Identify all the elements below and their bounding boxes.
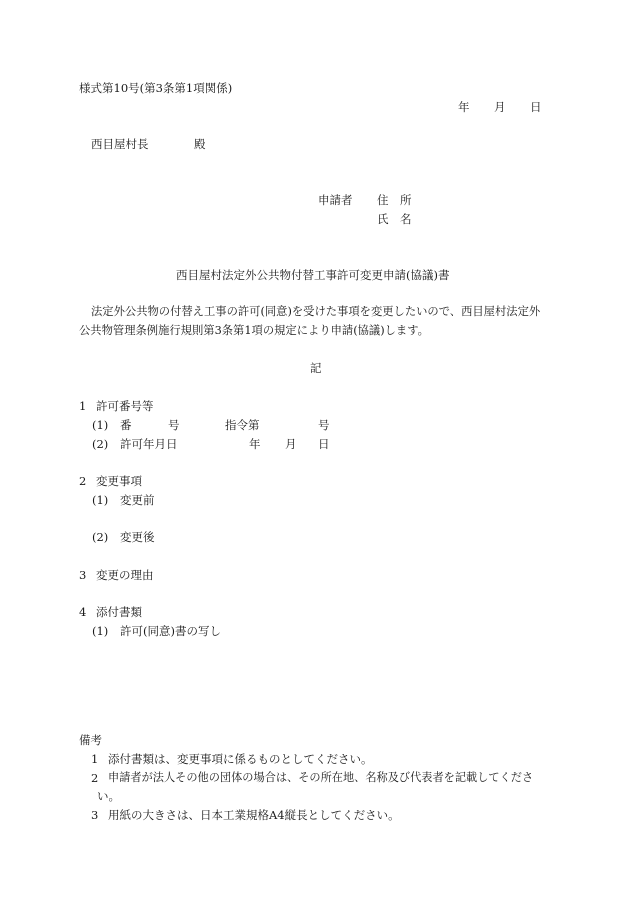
section-4-item-1-label: 許可(同意)書の写し <box>120 624 221 638</box>
section-1-item-2-year: 年 <box>249 437 261 451</box>
section-1-item-2-month: 月 <box>285 437 297 451</box>
note-1-text: 添付書類は、変更事項に係るものとしてください。 <box>108 752 373 766</box>
section-2-item-2-number: (2) <box>92 530 108 544</box>
note-1-number: 1 <box>91 752 98 766</box>
section-2-number: 2 <box>79 474 86 488</box>
section-1-item-2-number: (2) <box>92 437 108 451</box>
document-title: 西目屋村法定外公共物付替工事許可変更申請(協議)書 <box>176 268 449 282</box>
section-1-item-1-label: 番 <box>120 418 132 432</box>
note-3-number: 3 <box>91 808 98 822</box>
notes-heading: 備考 <box>79 733 102 747</box>
section-1-number: 1 <box>79 399 86 413</box>
section-1-item-1-label2: 号 <box>168 418 180 432</box>
section-3-heading: 変更の理由 <box>96 568 154 582</box>
section-2-item-1-label: 変更前 <box>120 493 155 507</box>
note-2-number: 2 <box>91 771 98 785</box>
section-2-heading: 変更事項 <box>96 474 142 488</box>
section-1-item-1-suffix: 号 <box>318 418 330 432</box>
applicant-address-label: 住 所 <box>377 193 412 207</box>
section-1-item-1-mid: 指令第 <box>225 418 260 432</box>
ki-heading: 記 <box>310 361 322 375</box>
date-year-label: 年 <box>458 100 470 114</box>
body-text-line-1: 法定外公共物の付替え工事の許可(同意)を受けた事項を変更したいので、西目屋村法定… <box>91 305 540 319</box>
addressee-honorific: 殿 <box>194 137 206 151</box>
date-day-label: 日 <box>530 100 542 114</box>
section-2-item-1-number: (1) <box>92 493 108 507</box>
note-3-text: 用紙の大きさは、日本工業規格A4縦長としてください。 <box>108 808 400 822</box>
date-month-label: 月 <box>494 100 506 114</box>
applicant-label: 申請者 <box>318 193 353 207</box>
section-4-item-1-number: (1) <box>92 624 108 638</box>
section-1-item-2-day: 日 <box>318 437 330 451</box>
section-1-item-1-number: (1) <box>92 418 108 432</box>
section-4-number: 4 <box>79 605 86 619</box>
section-2-item-2-label: 変更後 <box>120 530 155 544</box>
applicant-name-label: 氏 名 <box>377 212 412 226</box>
body-text-line-2: 公共物管理条例施行規則第3条第1項の規定により申請(協議)します。 <box>79 324 429 338</box>
section-3-number: 3 <box>79 568 86 582</box>
form-number: 様式第10号(第3条第1項関係) <box>79 81 232 95</box>
section-4-heading: 添付書類 <box>96 605 142 619</box>
addressee-name: 西目屋村長 <box>91 137 149 151</box>
note-2-continuation: い。 <box>97 789 120 803</box>
section-1-heading: 許可番号等 <box>96 399 154 413</box>
note-2-text: 申請者が法人その他の団体の場合は、その所在地、名称及び代表者を記載してくださ <box>108 771 533 785</box>
section-1-item-2-label: 許可年月日 <box>120 437 178 451</box>
